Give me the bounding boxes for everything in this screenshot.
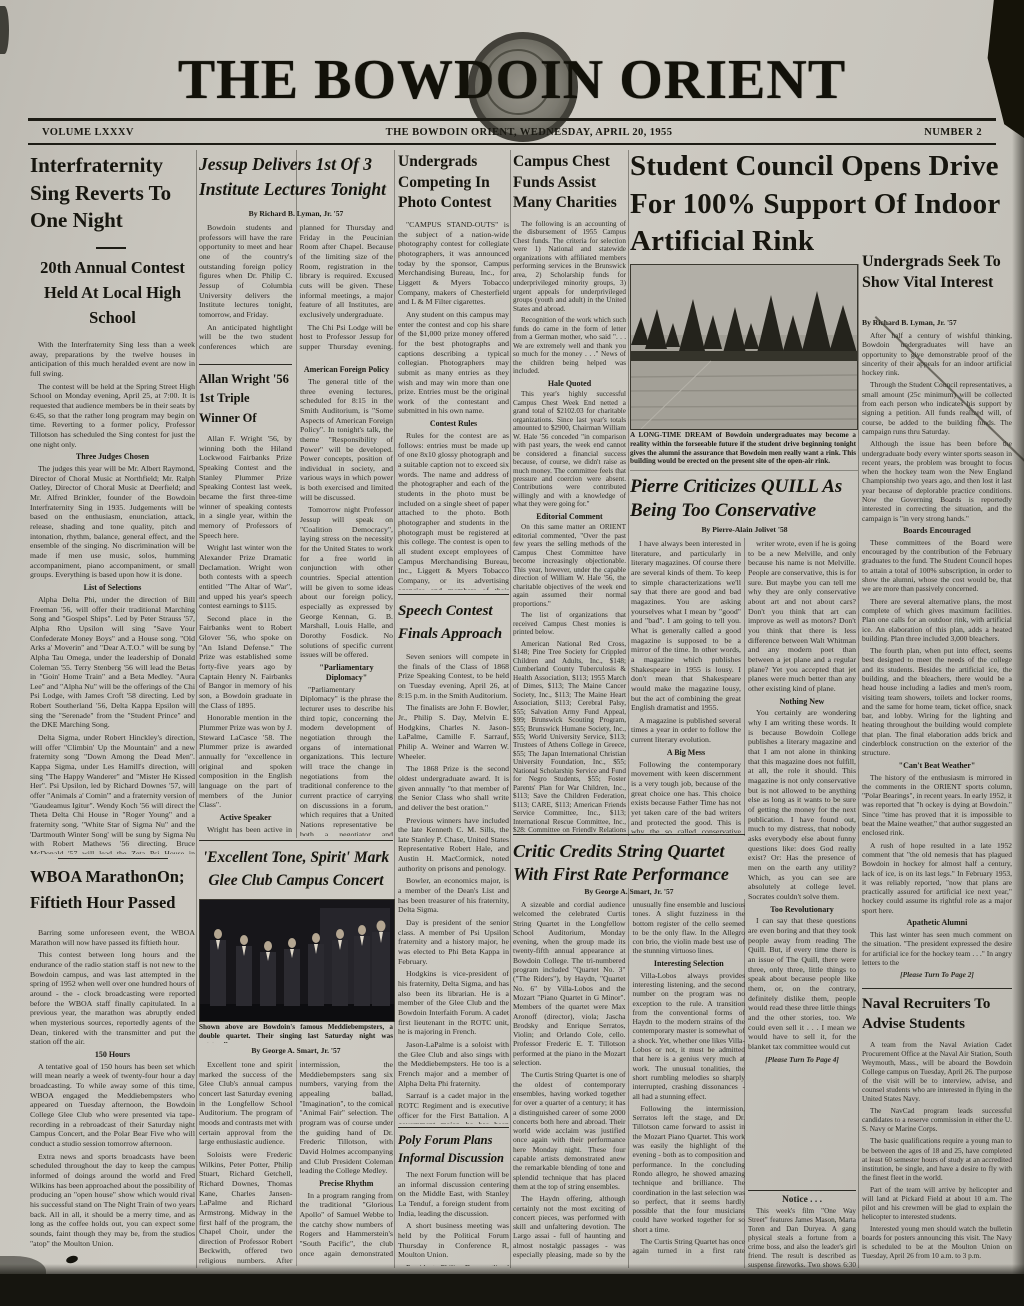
- article-glee: 'Excellent Tone, Spirit' Mark Glee Club …: [199, 846, 393, 896]
- deck-interfraternity: 20th Annual Contest Held At Local High S…: [30, 256, 195, 336]
- article-paragraph: Jason-LaPalme is a soloist with the Glee…: [398, 1040, 509, 1088]
- article-body-photo-contest: "CAMPUS STAND-OUTS" is the subject of a …: [398, 220, 509, 590]
- article-student-council: Student Council Opens Drive For 100% Sup…: [630, 148, 1016, 262]
- article-subhead: American Foreign Policy: [300, 365, 393, 375]
- article-subhead: Boards Encouraged: [862, 526, 1012, 536]
- article-paragraph: "CAMPUS STAND-OUTS" is the subject of a …: [398, 220, 509, 307]
- headline-naval: Naval Recruiters To Advise Students: [862, 994, 1014, 1035]
- article-paragraph: Excellent tone and spirit marked the suc…: [199, 1060, 293, 1147]
- headline-campus-chest: Campus Chest Funds Assist Many Charities: [513, 152, 626, 214]
- article-paragraph: The fourth plan, when put into effect, s…: [862, 646, 1012, 758]
- article-paragraph: Honorable mention in the Plummer Prize w…: [199, 713, 292, 810]
- article-paragraph: Following the contemporary movement with…: [631, 760, 741, 833]
- deck-headline: 20th Annual Contest Held At Local High S…: [30, 256, 195, 330]
- article-pierre: Pierre Criticizes QUILL As Being Too Con…: [630, 475, 859, 523]
- issue-number: NUMBER 2: [924, 127, 982, 138]
- article-paragraph: The contest will be held at the Spring S…: [30, 382, 195, 450]
- article-paragraph: Villa-Lobos always provides interesting …: [633, 971, 746, 1101]
- article-paragraph: Wright last winter won the Alexander Pri…: [199, 543, 292, 611]
- article-paragraph: I have always been interested in literat…: [631, 539, 741, 713]
- article-paragraph: Wright has been active in Masque and Gow…: [199, 825, 292, 836]
- article-paragraph: Tomorrow night Professor Jessup will spe…: [300, 505, 393, 660]
- article-paragraph: "Parliamentary Diplomacy" is the phrase …: [300, 685, 393, 836]
- article-subhead: Contest Rules: [398, 419, 509, 429]
- article-paragraph: The list of organizations that received …: [513, 611, 626, 636]
- turn-line: [Please Turn To Page 4]: [748, 1055, 856, 1064]
- article-paragraph: Extra news and sports broadcasts have be…: [30, 1152, 195, 1249]
- headline-speech-contest: Speech Contest Finals Approach: [398, 600, 509, 645]
- article-paragraph: Bowler, an economics major, is a member …: [398, 876, 509, 915]
- article-subhead: A Big Mess: [631, 748, 741, 758]
- article-paragraph: This last winter has seen much comment o…: [862, 930, 1012, 967]
- column-rule: [510, 150, 511, 1268]
- article-paragraph: Barring some unforeseen event, the WBOA …: [30, 928, 195, 947]
- headline-pierre: Pierre Criticizes QUILL As Being Too Con…: [630, 475, 859, 523]
- article-subhead: 150 Hours: [30, 1050, 195, 1060]
- article-body-interfraternity: With the Interfraternity Sing less than …: [30, 340, 195, 854]
- article-subhead: "Can't Beat Weather": [862, 761, 1012, 771]
- article-poly-forum: Poly Forum Plans Informal Discussion: [398, 1132, 509, 1168]
- article-paragraph: Recognition of the work which such funds…: [513, 316, 626, 375]
- article-paragraph: Hodgkins is vice-president of his frater…: [398, 969, 509, 1037]
- article-paragraph: Rules for the contest are as follows: en…: [398, 431, 509, 590]
- article-naval: Naval Recruiters To Advise Students: [862, 994, 1014, 1036]
- issue-dateline: THE BOWDOIN ORIENT, WEDNESDAY, APRIL 20,…: [386, 127, 673, 138]
- article-paragraph: A sizeable and cordial audience welcomed…: [513, 900, 626, 1067]
- headline-wboa: WBOA MarathonOn; Fiftieth Hour Passed: [30, 864, 195, 917]
- article-wboa: WBOA MarathonOn; Fiftieth Hour Passed: [30, 864, 195, 922]
- turn-line: [Please Turn To Page 2]: [862, 970, 1012, 979]
- article-paragraph: Interested young men should watch the bu…: [862, 1224, 1012, 1260]
- notice-body: This week's film "One Way Street" featur…: [748, 1207, 856, 1269]
- article-paragraph: After half a century of wishful thinking…: [862, 331, 1012, 377]
- article-paragraph: These committees of the Board were encou…: [862, 538, 1012, 594]
- article-subhead: "Parliamentary Diplomacy": [300, 663, 393, 683]
- article-paragraph: The 1868 Prize is the second oldest unde…: [398, 764, 509, 812]
- article-paragraph: This year's highly successful Campus Che…: [513, 390, 626, 509]
- article-paragraph: Previous winners have included the late …: [398, 816, 509, 874]
- article-body-pierre-col2: writer wrote, even if he is going to be …: [748, 539, 856, 1185]
- article-subhead: Three Judges Chosen: [30, 452, 195, 462]
- article-paragraph: On this same matter an ORIENT editorial …: [513, 523, 626, 608]
- article-subhead: Apathetic Alumni: [862, 918, 1012, 928]
- article-paragraph: Seven seniors will compete in the finals…: [398, 652, 509, 700]
- newspaper-front-page: THE BOWDOIN ORIENT VOLUME LXXXV THE BOWD…: [0, 0, 1024, 1306]
- article-paragraph: A short business meeting was held by the…: [398, 1221, 509, 1260]
- headline-jessup: Jessup Delivers 1st Of 3 Institute Lectu…: [199, 152, 393, 203]
- article-paragraph: Alpha Delta Phi, under the direction of …: [30, 595, 195, 730]
- article-critic: Critic Credits String Quartet With First…: [513, 840, 759, 884]
- headline-poly-forum: Poly Forum Plans Informal Discussion: [398, 1132, 509, 1167]
- byline-pierre: By Pierre-Alain Jolivet '58: [630, 525, 859, 536]
- subheadline-rink-drive: Undergrads Seek To Show Vital Interest: [862, 252, 1014, 316]
- article-paragraph: A tentative goal of 150 hours has been s…: [30, 1062, 195, 1149]
- scan-artifact: [0, 6, 9, 54]
- headline-student-council: Student Council Opens Drive For 100% Sup…: [630, 148, 1016, 261]
- column-rule: [394, 150, 395, 1268]
- notice-title: Notice . . .: [748, 1195, 856, 1205]
- article-body-rink-drive: After half a century of wishful thinking…: [862, 331, 1012, 985]
- article-subhead: Too Revolutionary: [748, 905, 856, 915]
- article-paragraph: American National Red Cross, $148; Pine …: [513, 640, 626, 832]
- article-body-wboa: Barring some unforeseen event, the WBOA …: [30, 928, 195, 1264]
- article-body-naval: A team from the Naval Aviation Cadet Pro…: [862, 1040, 1012, 1266]
- article-paragraph: Delta Sigma, under Robert Hinckley's dir…: [30, 733, 195, 854]
- article-subhead: Interesting Selection: [633, 959, 746, 969]
- section-rule: [513, 834, 745, 835]
- column-rule: [628, 150, 629, 836]
- meddiebempsters-photo: [199, 899, 395, 1022]
- article-interfraternity-sing: Interfraternity Sing Reverts To One Nigh…: [30, 152, 195, 242]
- rink-site-photo: [630, 264, 858, 430]
- headline-glee: 'Excellent Tone, Spirit' Mark Glee Club …: [199, 846, 393, 893]
- article-body-critic: A sizeable and cordial audience welcomed…: [513, 900, 745, 1268]
- section-rule: [862, 988, 1012, 989]
- article-subhead: Precise Rhythm: [300, 1179, 394, 1189]
- article-paragraph: Bowdoin students and professors will hav…: [199, 223, 293, 320]
- subheadline-text: Undergrads Seek To Show Vital Interest: [862, 252, 1014, 294]
- article-campus-chest: Campus Chest Funds Assist Many Charities: [513, 152, 626, 216]
- article-paragraph: Although the issue has been before the u…: [862, 439, 1012, 523]
- article-paragraph: A team from the Naval Aviation Cadet Pro…: [862, 1040, 1012, 1103]
- article-paragraph: There are several alternative plans, the…: [862, 597, 1012, 643]
- article-body-speech-contest: Seven seniors will compete in the finals…: [398, 652, 509, 1124]
- headline-photo-contest: Undergrads Competing In Photo Contest: [398, 152, 509, 214]
- article-paragraph: This week's film "One Way Street" featur…: [748, 1207, 856, 1269]
- article-body-jessup-intro: Bowdoin students and professors will hav…: [199, 223, 393, 359]
- article-paragraph: Following the intermission, Serratos lef…: [633, 1104, 746, 1234]
- article-paragraph: Allan F. Wright '56, by winning both the…: [199, 434, 292, 540]
- article-subhead: Nothing New: [748, 697, 856, 707]
- article-paragraph: The finalists are John F. Bowler, Jr., P…: [398, 703, 509, 761]
- article-paragraph: You certainly are wondering why I am wri…: [748, 708, 856, 901]
- article-body-campus-chest: The following is an accounting of the di…: [513, 220, 626, 832]
- section-rule: [398, 594, 509, 595]
- article-paragraph: Day is president of the senior class. A …: [398, 918, 509, 966]
- column-rule: [858, 264, 859, 1268]
- section-rule: [199, 364, 292, 365]
- article-subhead: Hale Quoted: [513, 379, 626, 388]
- section-rule: [58, 858, 168, 859]
- section-rule: [199, 840, 393, 841]
- article-paragraph: Part of the team will arrive by helicopt…: [862, 1185, 1012, 1221]
- article-body-pierre-col1: I have always been interested in literat…: [631, 539, 741, 833]
- article-paragraph: The Curtis String Quartet is one of the …: [513, 1070, 626, 1191]
- notice-box: Notice . . . This week's film "One Way S…: [748, 1195, 856, 1269]
- article-body-glee: Excellent tone and spirit marked the suc…: [199, 1060, 393, 1266]
- headline-critic: Critic Credits String Quartet With First…: [513, 840, 759, 884]
- article-paragraph: The history of the enthusiasm is mirrore…: [862, 773, 1012, 838]
- photo-caption-glee: Shown above are Bowdoin's famous Meddieb…: [199, 1023, 393, 1043]
- byline-jessup: By Richard B. Lyman, Jr. '57: [199, 209, 393, 220]
- dateline-bar: VOLUME LXXXV THE BOWDOIN ORIENT, WEDNESD…: [28, 118, 996, 145]
- photo-caption-rink: A LONG-TIME DREAM of Bowdoin undergradua…: [630, 431, 856, 473]
- section-rule: [748, 1190, 856, 1191]
- article-subhead: List of Selections: [30, 583, 195, 593]
- article-paragraph: The next Forum function will be an infor…: [398, 1170, 509, 1218]
- section-rule: [630, 470, 858, 471]
- article-paragraph: A rush of hope resulted in a late 1952 c…: [862, 841, 1012, 915]
- article-wright: Allan Wright '56 1st Triple Winner Of Sp…: [199, 370, 292, 430]
- article-paragraph: Any student on this campus may enter the…: [398, 310, 509, 416]
- article-subhead: Editorial Comment: [513, 512, 626, 521]
- column-rule: [744, 538, 745, 836]
- article-body-wright: Allan F. Wright '56, by winning both the…: [199, 434, 292, 836]
- article-paragraph: The following is an accounting of the di…: [513, 220, 626, 313]
- scan-artifact: [1012, 130, 1024, 1276]
- volume-label: VOLUME LXXXV: [42, 127, 134, 138]
- headline-wright: Allan Wright '56 1st Triple Winner Of Sp…: [199, 370, 292, 430]
- article-paragraph: The general title of the three evening l…: [300, 377, 393, 503]
- byline-glee: By George A. Smart, Jr. '57: [199, 1046, 393, 1057]
- article-paragraph: The NavCad program leads successful cand…: [862, 1106, 1012, 1133]
- article-paragraph: Second place in the Fairbanks went to Ro…: [199, 614, 292, 711]
- article-paragraph: A magazine is published several times a …: [631, 716, 741, 745]
- article-body-jessup-cont: American Foreign PolicyThe general title…: [300, 362, 393, 836]
- article-paragraph: Sarrauf is a cadet major in the ROTC Reg…: [398, 1091, 509, 1124]
- article-paragraph: With the Interfraternity Sing less than …: [30, 340, 195, 379]
- scan-artifact: [0, 1274, 1024, 1306]
- article-body-poly-forum: The next Forum function will be an infor…: [398, 1170, 509, 1266]
- masthead-title: THE BOWDOIN ORIENT: [0, 48, 1024, 112]
- article-paragraph: The basic qualifications require a young…: [862, 1136, 1012, 1181]
- article-subhead: Active Speaker: [199, 813, 292, 823]
- headline-ornament: [96, 247, 126, 249]
- article-speech-contest: Speech Contest Finals Approach: [398, 600, 509, 648]
- article-paragraph: I can say that these questions are even …: [748, 916, 856, 1051]
- article-jessup: Jessup Delivers 1st Of 3 Institute Lectu…: [199, 152, 393, 206]
- byline-critic: By George A. Smart, Jr. '57: [513, 887, 745, 898]
- column-rule: [196, 150, 197, 1268]
- section-rule: [398, 1127, 509, 1128]
- article-paragraph: The judges this year will be Mr. Albert …: [30, 464, 195, 580]
- article-photo-contest: Undergrads Competing In Photo Contest: [398, 152, 509, 216]
- headline-interfraternity: Interfraternity Sing Reverts To One Nigh…: [30, 152, 195, 235]
- article-paragraph: writer wrote, even if he is going to be …: [748, 539, 856, 694]
- article-paragraph: This contest between long hours and the …: [30, 950, 195, 1047]
